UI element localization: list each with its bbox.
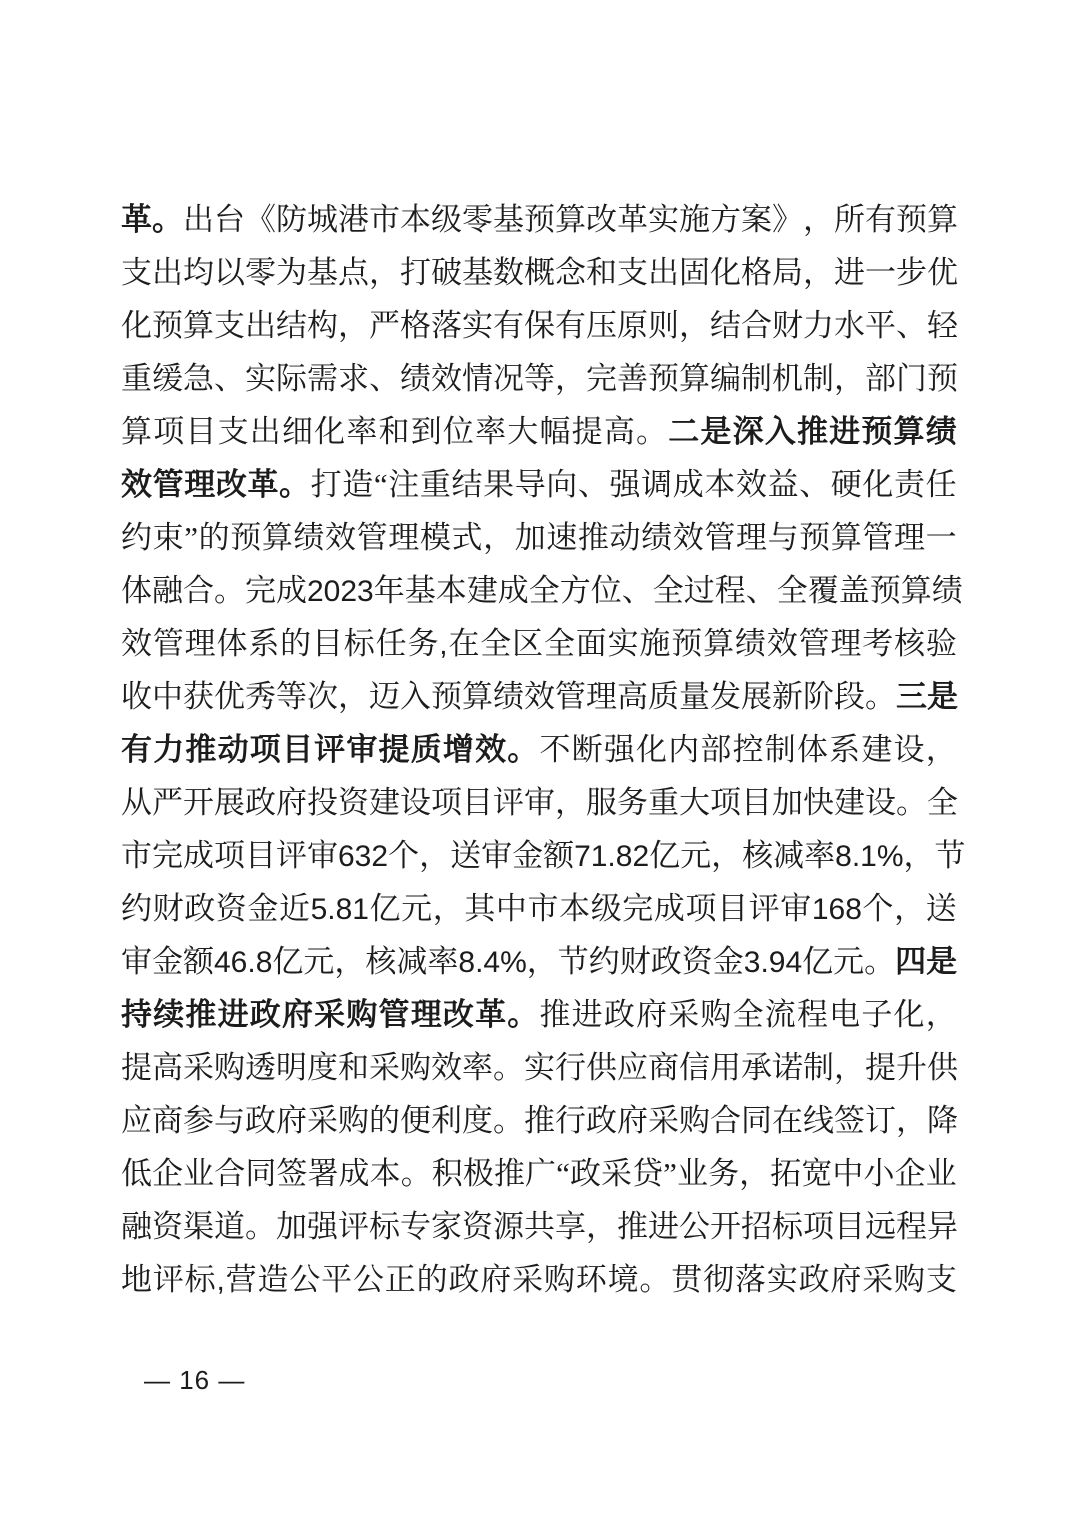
text-glyph: 2023 xyxy=(307,565,374,618)
text-glyph: 果 xyxy=(483,458,514,511)
text-glyph: 采 xyxy=(369,1041,400,1094)
text-glyph: 签 xyxy=(834,1094,865,1147)
text-line: 算项目支出细化率和到位率大幅提高。二是深入推进预算绩 xyxy=(121,405,957,458)
text-glyph: 验 xyxy=(926,617,957,670)
text-glyph: 标 xyxy=(185,1253,216,1306)
text-glyph: 。 xyxy=(507,988,538,1041)
text-glyph: 金 xyxy=(713,935,744,988)
text-glyph: 同 xyxy=(245,1147,276,1200)
text-glyph: 投 xyxy=(307,776,338,829)
text-glyph: 资 xyxy=(682,935,713,988)
text-glyph: 为 xyxy=(276,246,307,299)
text-glyph: 是 xyxy=(700,405,731,458)
text-glyph: 政 xyxy=(570,1147,601,1200)
text-glyph: 府 xyxy=(830,1253,861,1306)
text-glyph: 预 xyxy=(870,564,901,617)
text-glyph: 预 xyxy=(152,299,183,352)
text-glyph: 推 xyxy=(185,723,216,776)
text-glyph: ， xyxy=(483,511,514,564)
text-glyph: 革 xyxy=(247,458,278,511)
text-glyph: 有 xyxy=(555,299,586,352)
text-glyph: 严 xyxy=(369,299,400,352)
text-glyph: 署 xyxy=(307,1147,338,1200)
text-line: 支出均以零为基点，打破基数概念和支出固化格局，进一步优 xyxy=(121,246,957,299)
text-glyph: 诺 xyxy=(772,1041,803,1094)
text-glyph: 度 xyxy=(307,1041,338,1094)
text-line: 地评标,营造公平公正的政府采购环境。贯彻落实政府采购支 xyxy=(121,1253,957,1306)
text-glyph: 提 xyxy=(379,723,410,776)
text-glyph: 理 xyxy=(830,617,861,670)
text-glyph: 平 xyxy=(321,1253,352,1306)
text-glyph: 评 xyxy=(338,1200,369,1253)
text-glyph: 电 xyxy=(829,988,860,1041)
text-glyph: 质 xyxy=(411,723,442,776)
text-glyph: 方 xyxy=(710,193,741,246)
text-glyph: 四 xyxy=(895,935,926,988)
text-glyph: 、 xyxy=(214,352,245,405)
text-glyph: 项 xyxy=(803,1200,834,1253)
text-glyph: 算 xyxy=(894,405,925,458)
text-glyph: 体 xyxy=(797,723,828,776)
text-glyph: 标 xyxy=(344,617,375,670)
text-glyph: 化 xyxy=(636,723,667,776)
text-glyph: 则 xyxy=(648,299,679,352)
text-glyph: 绩 xyxy=(926,405,957,458)
text-glyph: 政 xyxy=(245,1094,276,1147)
text-glyph: 导 xyxy=(515,458,546,511)
text-glyph: 项 xyxy=(710,776,741,829)
text-glyph: 透 xyxy=(245,1041,276,1094)
text-glyph: 编 xyxy=(710,352,741,405)
text-glyph: 的 xyxy=(280,617,311,670)
text-glyph: 个 xyxy=(388,829,419,882)
text-glyph: 任 xyxy=(926,458,957,511)
text-glyph: ， xyxy=(803,193,834,246)
text-glyph: 情 xyxy=(462,352,493,405)
text-glyph: 推 xyxy=(524,1094,555,1147)
text-glyph: 》 xyxy=(772,193,803,246)
text-glyph: 有 xyxy=(865,193,896,246)
text-glyph: 支 xyxy=(121,246,152,299)
text-glyph: 审 xyxy=(346,723,377,776)
text-glyph: 宽 xyxy=(801,1147,832,1200)
text-glyph: 约 xyxy=(589,935,620,988)
text-glyph: 府 xyxy=(276,1094,307,1147)
text-glyph: 享 xyxy=(555,1200,586,1253)
text-glyph: 采 xyxy=(314,988,345,1041)
text-glyph: 开 xyxy=(183,776,214,829)
text-glyph: 亿 xyxy=(649,829,680,882)
text-glyph: 贷 xyxy=(632,1147,663,1200)
text-glyph: 评 xyxy=(153,1253,184,1306)
text-glyph: 家 xyxy=(431,1200,462,1253)
text-glyph: 府 xyxy=(480,1253,511,1306)
text-glyph: 业 xyxy=(926,1147,957,1200)
text-glyph: 升 xyxy=(896,1041,927,1094)
text-line: 从严开展政府投资建设项目评审，服务重大项目加快建设。全 xyxy=(121,776,957,829)
text-glyph: ， xyxy=(739,1147,770,1200)
text-glyph: 理 xyxy=(586,670,617,723)
text-glyph: 均 xyxy=(183,246,214,299)
text-glyph: 理 xyxy=(184,458,215,511)
text-glyph: 务 xyxy=(617,776,648,829)
text-glyph: 亿 xyxy=(370,882,401,935)
text-glyph: 公 xyxy=(679,1200,710,1253)
text-glyph: 硬 xyxy=(831,458,862,511)
text-glyph: 打 xyxy=(311,458,342,511)
text-glyph: 平 xyxy=(865,299,896,352)
text-glyph: ， xyxy=(904,829,935,882)
text-glyph: 化 xyxy=(121,299,152,352)
text-glyph: 效 xyxy=(736,458,767,511)
text-glyph: 目 xyxy=(741,776,772,829)
text-glyph: 。 xyxy=(865,670,896,723)
text-line: 效管理体系的目标任务,在全区全面实施预算绩效管理考核验 xyxy=(121,617,957,670)
text-glyph: 便 xyxy=(400,1094,431,1147)
text-glyph: 有 xyxy=(121,723,152,776)
text-glyph: 效 xyxy=(431,1041,462,1094)
text-glyph: 服 xyxy=(586,776,617,829)
text-glyph: 核 xyxy=(894,617,925,670)
text-glyph: 政 xyxy=(448,1253,479,1306)
text-glyph: 远 xyxy=(865,1200,896,1253)
text-glyph: 减 xyxy=(773,829,804,882)
text-glyph: 8.1% xyxy=(835,830,903,883)
text-glyph: 大 xyxy=(679,776,710,829)
text-glyph: 系 xyxy=(248,617,279,670)
text-glyph: 基 xyxy=(493,193,524,246)
text-glyph: 中 xyxy=(496,882,527,935)
text-glyph: ” xyxy=(184,511,198,564)
text-glyph: 持 xyxy=(121,988,152,1041)
text-glyph: 额 xyxy=(543,829,574,882)
text-glyph: 采 xyxy=(648,1094,679,1147)
text-glyph: 实 xyxy=(608,617,639,670)
text-glyph: 量 xyxy=(679,670,710,723)
text-glyph: 预 xyxy=(648,352,679,405)
text-glyph: 目 xyxy=(462,776,493,829)
text-glyph: 门 xyxy=(896,352,927,405)
text-glyph: 共 xyxy=(524,1200,555,1253)
text-glyph: 财 xyxy=(620,935,651,988)
text-glyph: 合 xyxy=(183,564,214,617)
text-glyph: 高 xyxy=(152,1041,183,1094)
text-glyph: 算 xyxy=(927,193,958,246)
text-glyph: 算 xyxy=(462,670,493,723)
text-line: 市完成项目评审632个，送审金额71.82亿元，核减率8.1%，节 xyxy=(121,829,957,882)
text-glyph: 府 xyxy=(282,988,313,1041)
text-glyph: 企 xyxy=(895,1147,926,1200)
text-glyph: 与 xyxy=(214,1094,245,1147)
text-glyph: 基 xyxy=(405,564,436,617)
text-glyph: “ xyxy=(374,458,388,511)
text-glyph: 建 xyxy=(369,776,400,829)
text-glyph: 预 xyxy=(861,405,892,458)
text-glyph: 进 xyxy=(829,405,860,458)
text-glyph: 元 xyxy=(833,935,864,988)
text-glyph: 和 xyxy=(338,1041,369,1094)
text-glyph: 本 xyxy=(400,193,431,246)
text-glyph: 环 xyxy=(576,1253,607,1306)
text-glyph: 造 xyxy=(257,1253,288,1306)
text-glyph: ， xyxy=(369,246,400,299)
text-glyph: 效 xyxy=(673,511,704,564)
text-glyph: 流 xyxy=(765,988,796,1041)
text-glyph: 增 xyxy=(443,723,474,776)
text-glyph: 管 xyxy=(704,511,735,564)
text-line: 革。出台《防城港市本级零基预算改革实施方案》，所有预算 xyxy=(121,193,957,246)
text-glyph: 模 xyxy=(420,511,451,564)
text-glyph: 线 xyxy=(803,1094,834,1147)
text-glyph: 格 xyxy=(400,299,431,352)
text-glyph: 同 xyxy=(741,1094,772,1147)
text-glyph: 打 xyxy=(400,246,431,299)
text-glyph: 市 xyxy=(369,193,400,246)
text-glyph: 断 xyxy=(572,723,603,776)
text-glyph: 项 xyxy=(153,405,184,458)
text-glyph: 招 xyxy=(741,1200,772,1253)
text-glyph: 评 xyxy=(314,723,345,776)
text-glyph: 防 xyxy=(276,193,307,246)
text-glyph: 过 xyxy=(684,564,715,617)
text-glyph: ， xyxy=(679,299,710,352)
text-glyph: 算 xyxy=(183,299,214,352)
text-glyph: 低 xyxy=(121,1147,152,1200)
text-glyph: 、 xyxy=(799,458,830,511)
text-glyph: 管 xyxy=(862,511,893,564)
text-glyph: 合 xyxy=(710,1094,741,1147)
text-glyph: 效 xyxy=(767,617,798,670)
text-glyph: 资 xyxy=(152,1200,183,1253)
text-glyph: 制 xyxy=(803,1041,834,1094)
text-line: 体融合。完成2023年基本建成全方位、全过程、全覆盖预算绩 xyxy=(121,564,957,617)
text-glyph: ， xyxy=(555,776,586,829)
text-glyph: 源 xyxy=(493,1200,524,1253)
text-glyph: 企 xyxy=(152,1147,183,1200)
text-glyph: 核 xyxy=(365,935,396,988)
text-glyph: 调 xyxy=(641,458,672,511)
text-glyph: 位 xyxy=(591,564,622,617)
text-glyph: 革 xyxy=(121,193,152,246)
text-glyph: 全 xyxy=(733,988,764,1041)
text-glyph: ， xyxy=(711,829,742,882)
text-glyph: 金 xyxy=(152,935,183,988)
text-glyph: 加 xyxy=(515,511,546,564)
text-glyph: 化 xyxy=(314,405,345,458)
text-glyph: 。 xyxy=(401,1147,432,1200)
text-glyph: 结 xyxy=(451,458,482,511)
text-glyph: 政 xyxy=(651,935,682,988)
text-glyph: 善 xyxy=(617,352,648,405)
text-glyph: 完 xyxy=(152,829,183,882)
text-glyph: 业 xyxy=(677,1147,708,1200)
text-glyph: 改 xyxy=(216,458,247,511)
text-glyph: 亿 xyxy=(802,935,833,988)
text-glyph: 成 xyxy=(498,564,529,617)
text-glyph: 需 xyxy=(307,352,338,405)
text-glyph: 绩 xyxy=(932,564,963,617)
text-glyph: 率 xyxy=(475,405,506,458)
text-glyph: 零 xyxy=(245,246,276,299)
text-glyph: 项 xyxy=(431,776,462,829)
text-glyph: 动 xyxy=(218,723,249,776)
text-glyph: 公 xyxy=(353,1253,384,1306)
text-glyph: ， xyxy=(896,1094,927,1147)
text-glyph: 成 xyxy=(183,829,214,882)
text-glyph: 用 xyxy=(710,1041,741,1094)
text-glyph: 细 xyxy=(282,405,313,458)
text-glyph: 城 xyxy=(307,193,338,246)
text-glyph: 购 xyxy=(679,1094,710,1147)
text-glyph: , xyxy=(439,618,447,671)
text-glyph: 资 xyxy=(216,882,247,935)
text-glyph: 、 xyxy=(896,299,927,352)
text-glyph: 体 xyxy=(216,617,247,670)
text-glyph: 向 xyxy=(546,458,577,511)
text-glyph: 秀 xyxy=(245,670,276,723)
text-glyph: 绩 xyxy=(735,617,766,670)
text-glyph: 购 xyxy=(400,1041,431,1094)
text-glyph: 在 xyxy=(448,617,479,670)
text-glyph: 目 xyxy=(834,1200,865,1253)
text-glyph: 革 xyxy=(475,988,506,1041)
text-glyph: ， xyxy=(926,988,957,1041)
text-glyph: 理 xyxy=(185,617,216,670)
text-glyph: 渠 xyxy=(183,1200,214,1253)
text-glyph: 化 xyxy=(894,988,925,1041)
text-glyph: 级 xyxy=(591,882,622,935)
text-glyph: 等 xyxy=(276,670,307,723)
text-glyph: 理 xyxy=(388,511,419,564)
text-glyph: 订 xyxy=(865,1094,896,1147)
text-glyph: ， xyxy=(527,935,558,988)
text-glyph: 小 xyxy=(863,1147,894,1200)
text-glyph: 成 xyxy=(276,564,307,617)
text-glyph: 获 xyxy=(183,670,214,723)
text-glyph: 完 xyxy=(622,882,653,935)
text-glyph: 出 xyxy=(250,405,281,458)
text-glyph: 进 xyxy=(218,988,249,1041)
text-glyph: 算 xyxy=(831,511,862,564)
text-line: 应商参与政府采购的便利度。推行政府采购合同在线签订，降 xyxy=(121,1094,957,1147)
text-glyph: 审 xyxy=(121,935,152,988)
text-glyph: 供 xyxy=(586,1041,617,1094)
text-glyph: 府 xyxy=(636,988,667,1041)
text-glyph: 成 xyxy=(654,882,685,935)
text-glyph: 全 xyxy=(653,564,684,617)
text-glyph: 急 xyxy=(183,352,214,405)
text-glyph: 。 xyxy=(493,1094,524,1147)
text-glyph: 程 xyxy=(715,564,746,617)
text-glyph: 实 xyxy=(767,1253,798,1306)
text-glyph: 压 xyxy=(586,299,617,352)
text-glyph: 施 xyxy=(679,193,710,246)
text-glyph: 高 xyxy=(604,405,635,458)
text-glyph: 次 xyxy=(307,670,338,723)
text-glyph: 推 xyxy=(578,511,609,564)
text-glyph: 况 xyxy=(493,352,524,405)
text-glyph: 金 xyxy=(512,829,543,882)
text-glyph: 采 xyxy=(862,1253,893,1306)
text-glyph: 不 xyxy=(539,723,570,776)
text-glyph: 预 xyxy=(431,670,462,723)
text-glyph: 制 xyxy=(803,352,834,405)
text-glyph: 签 xyxy=(276,1147,307,1200)
text-glyph: 加 xyxy=(276,1200,307,1253)
text-glyph: 预 xyxy=(927,352,958,405)
text-glyph: 异 xyxy=(927,1200,958,1253)
text-glyph: 以 xyxy=(214,246,245,299)
text-glyph: 实 xyxy=(524,1041,555,1094)
text-glyph: 。 xyxy=(214,564,245,617)
text-glyph: 目 xyxy=(282,723,313,776)
text-glyph: 节 xyxy=(935,829,966,882)
text-glyph: 资 xyxy=(338,776,369,829)
text-glyph: 成 xyxy=(673,458,704,511)
text-glyph: 利 xyxy=(431,1094,462,1147)
text-glyph: 程 xyxy=(797,988,828,1041)
text-glyph: 项 xyxy=(214,829,245,882)
text-glyph: 重 xyxy=(121,352,152,405)
text-glyph: 内 xyxy=(668,723,699,776)
text-glyph: 亿 xyxy=(272,935,303,988)
text-glyph: 入 xyxy=(400,670,431,723)
text-glyph: 目 xyxy=(312,617,343,670)
text-glyph: 政 xyxy=(604,988,635,1041)
text-glyph: 严 xyxy=(152,776,183,829)
text-glyph: 迈 xyxy=(369,670,400,723)
text-line: 效管理改革。打造“注重结果导向、强调成本效益、硬化责任 xyxy=(121,458,957,511)
text-glyph: 效 xyxy=(524,670,555,723)
text-glyph: 拓 xyxy=(770,1147,801,1200)
text-glyph: 提 xyxy=(121,1041,152,1094)
text-glyph: 际 xyxy=(276,352,307,405)
text-glyph: 、 xyxy=(369,352,400,405)
text-glyph: 审 xyxy=(481,829,512,882)
text-glyph: ， xyxy=(834,1041,865,1094)
text-glyph: 结 xyxy=(710,299,741,352)
text-glyph: 出 xyxy=(183,193,214,246)
text-glyph: 所 xyxy=(834,193,865,246)
text-glyph: 局 xyxy=(772,246,803,299)
text-glyph: 中 xyxy=(832,1147,863,1200)
text-glyph: 化 xyxy=(862,458,893,511)
text-glyph: 考 xyxy=(862,617,893,670)
text-glyph: ， xyxy=(803,246,834,299)
text-glyph: 和 xyxy=(379,405,410,458)
text-glyph: 目 xyxy=(185,405,216,458)
text-glyph: 改 xyxy=(443,988,474,1041)
text-glyph: 等 xyxy=(524,352,555,405)
text-glyph: 境 xyxy=(608,1253,639,1306)
text-glyph: 供 xyxy=(927,1041,958,1094)
text-line: 低企业合同签署成本。积极推广“政采贷”业务，拓宽中小企业 xyxy=(121,1147,957,1200)
text-glyph: 务 xyxy=(708,1147,739,1200)
text-glyph: 、 xyxy=(746,564,777,617)
text-glyph: 政 xyxy=(250,988,281,1041)
text-glyph: 管 xyxy=(357,511,388,564)
text-glyph: 预 xyxy=(671,617,702,670)
text-glyph: 全 xyxy=(529,564,560,617)
text-glyph: 3.94 xyxy=(744,936,802,989)
text-glyph: 融 xyxy=(152,564,183,617)
text-glyph: ， xyxy=(433,882,464,935)
text-glyph: 应 xyxy=(617,1041,648,1094)
text-glyph: 破 xyxy=(431,246,462,299)
text-glyph: 度 xyxy=(462,1094,493,1147)
text-glyph: 其 xyxy=(464,882,495,935)
text-glyph: 本 xyxy=(559,882,590,935)
